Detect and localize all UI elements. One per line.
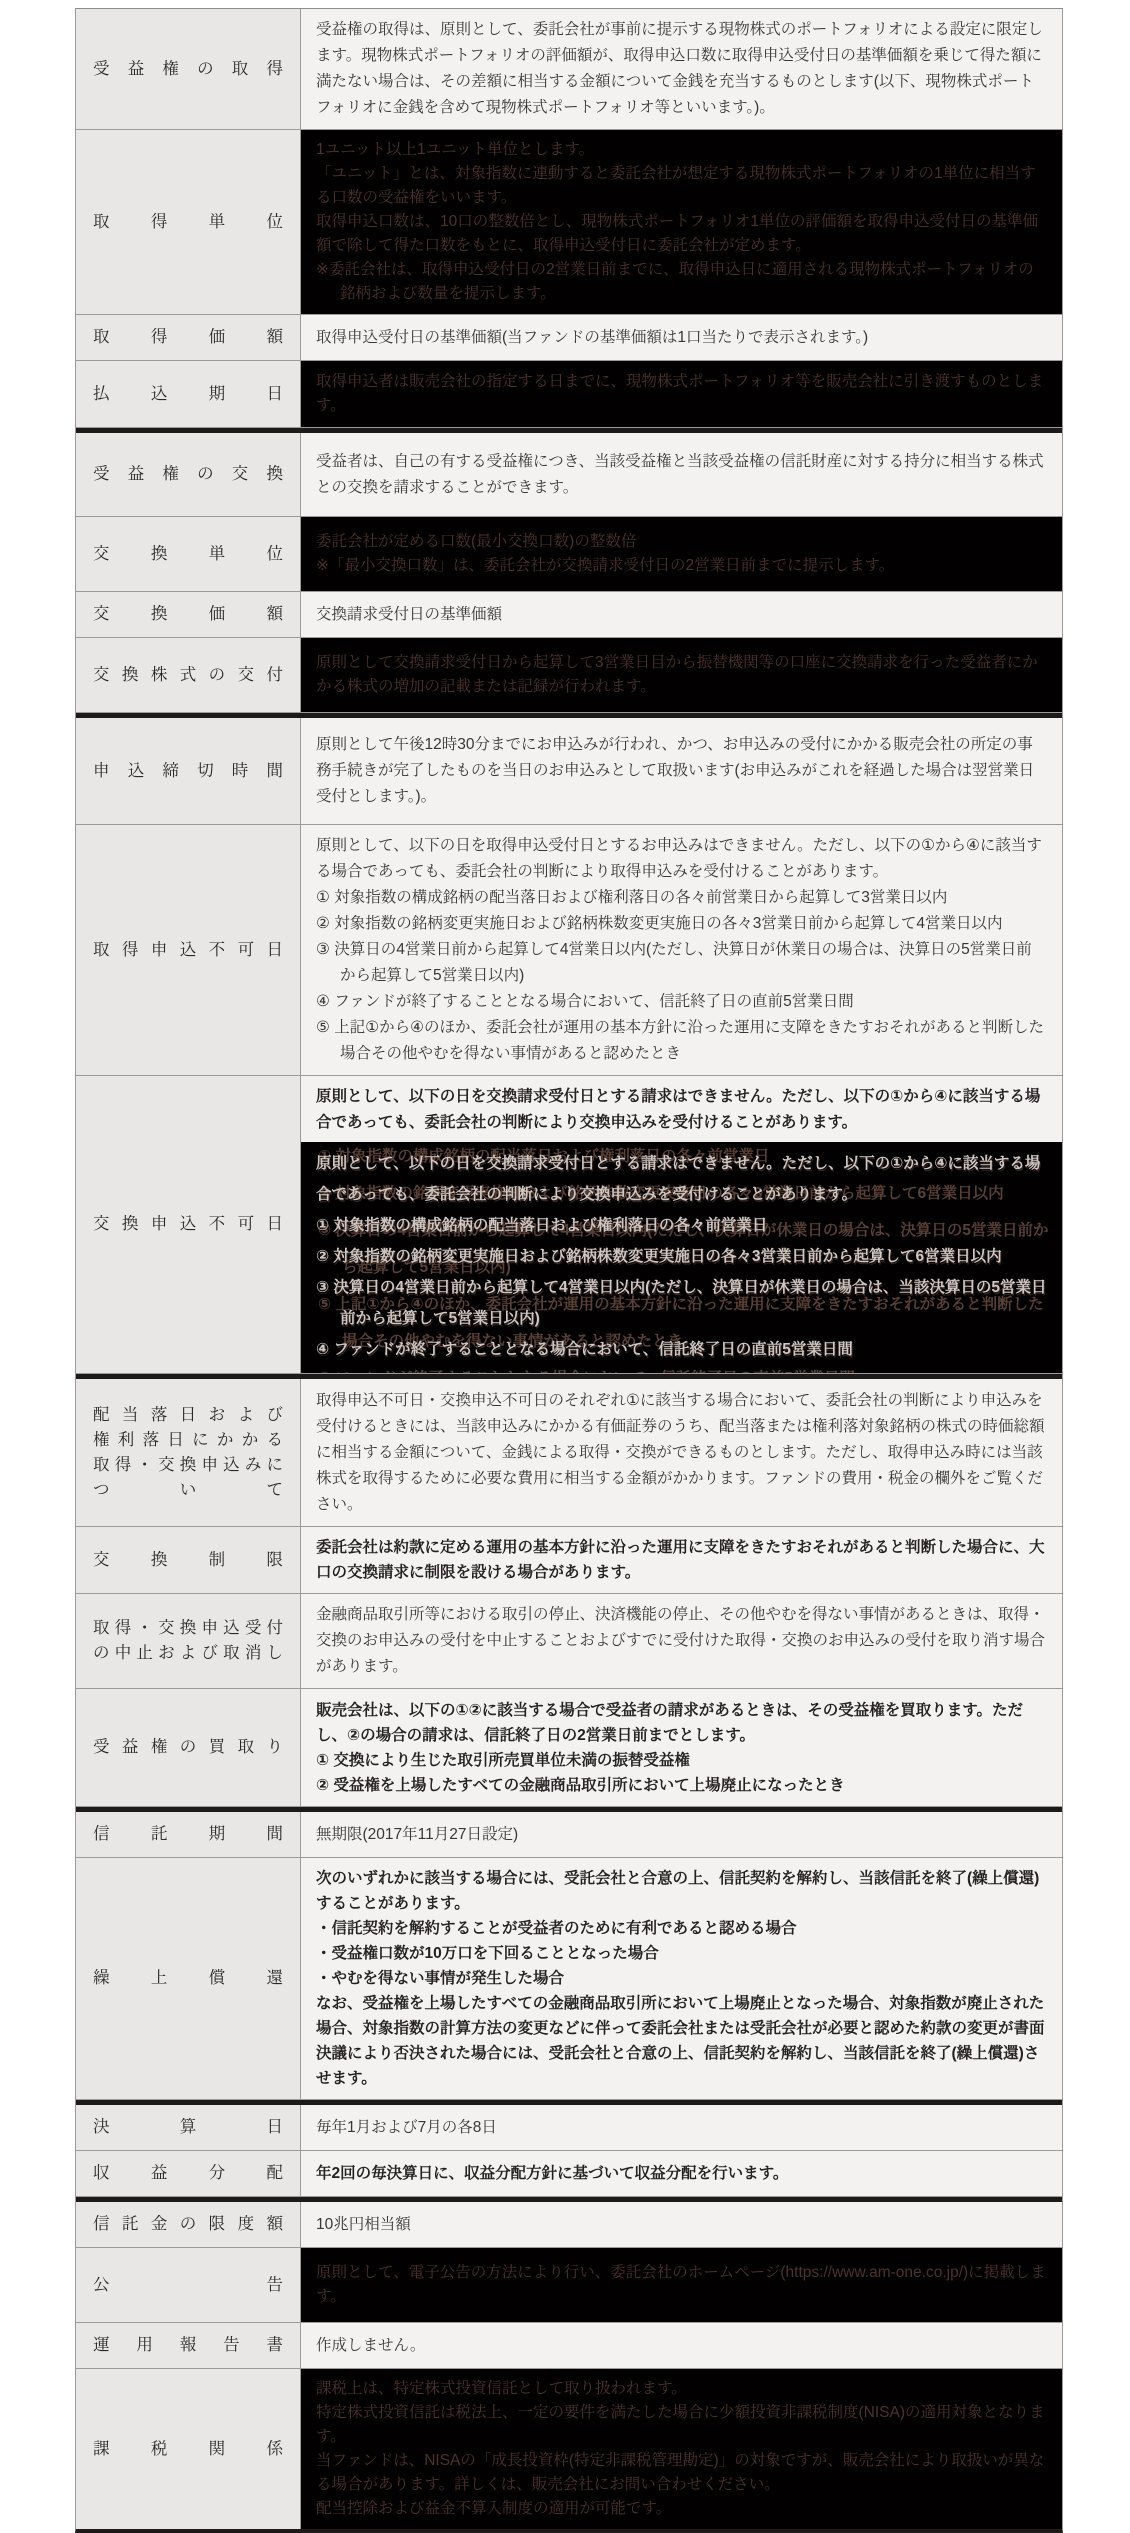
row-label: 取得・交換申込受付の中止および取消し	[76, 1594, 301, 1688]
content-paragraph: ・やむを得ない事情が発生した場合	[316, 1966, 1047, 1991]
main-paragraph: ④ ファンドが終了することとなる場合において、信託終了日の直前5営業日間	[316, 1334, 1047, 1365]
row-label-line: 権利落日にかかる	[93, 1428, 283, 1453]
table-row: 決算日毎年1月および7月の各8日	[76, 2105, 1062, 2151]
row-content: 取得申込不可日・交換申込不可日のそれぞれ①に該当する場合において、委託会社の判断…	[301, 1379, 1062, 1526]
main-paragraph: ① 対象指数の構成銘柄の配当落日および権利落日の各々前営業日	[316, 1210, 1047, 1241]
content-paragraph: ※委託会社は、取得申込受付日の2営業日前までに、取得申込日に適用される現物株式ポ…	[316, 258, 1047, 306]
table-row: 繰上償還次のいずれかに該当する場合には、受託会社と合意の上、信託契約を解約し、当…	[76, 1858, 1062, 2100]
row-label: 取得価額	[76, 315, 301, 360]
content-paragraph: 交換請求受付日の基準価額	[316, 602, 1047, 628]
row-label: 交換価額	[76, 592, 301, 637]
content-paragraph: 取得申込不可日・交換申込不可日のそれぞれ①に該当する場合において、委託会社の判断…	[316, 1388, 1047, 1518]
row-content: 取得申込者は販売会社の指定する日までに、現物株式ポートフォリオ等を販売会社に引き…	[301, 361, 1062, 427]
row-label: 払込期日	[76, 361, 301, 427]
content-paragraph: ① 対象指数の構成銘柄の配当落日および権利落日の各々前営業日から起算して3営業日…	[316, 885, 1047, 911]
glitch-black-block: ① 対象指数の構成銘柄の配当落日および権利落日の各々前営業日② 対象指数の銘柄変…	[301, 1142, 1062, 1373]
row-label: 受益権の取得	[76, 9, 301, 129]
row-label-line: 交換価額	[93, 602, 283, 627]
fund-terms-table: 受益権の取得受益権の取得は、原則として、委託会社が事前に提示する現物株式のポート…	[75, 8, 1063, 2533]
row-label: 交換株式の交付	[76, 638, 301, 712]
row-content: 課税上は、特定株式投資信託として取り扱われます。特定株式投資信託は税法上、一定の…	[301, 2369, 1062, 2529]
content-paragraph: 10兆円相当額	[316, 2212, 1047, 2238]
row-label: 決算日	[76, 2105, 301, 2150]
content-paragraph: なお、受益権を上場したすべての金融商品取引所において上場廃止となった場合、対象指…	[316, 1991, 1047, 2091]
table-row: 交換価額交換請求受付日の基準価額	[76, 592, 1062, 638]
table-row: 受益権の交換受益者は、自己の有する受益権につき、当該受益権と当該受益権の信託財産…	[76, 433, 1062, 517]
content-paragraph: 毎年1月および7月の各8日	[316, 2115, 1047, 2141]
table-row: 取得・交換申込受付の中止および取消し金融商品取引所等における取引の停止、決済機能…	[76, 1594, 1062, 1689]
row-content: 1ユニット以上1ユニット単位とします。「ユニット」とは、対象指数に連動すると委託…	[301, 130, 1062, 314]
row-label-line: ついて	[93, 1478, 283, 1503]
content-paragraph: 原則として交換請求受付日から起算して3営業日目から振替機関等の口座に交換請求を行…	[316, 651, 1047, 699]
row-label-line: 取得申込不可日	[93, 938, 283, 963]
main-paragraph: ② 対象指数の銘柄変更実施日および銘柄株数変更実施日の各々3営業日前から起算して…	[316, 1241, 1047, 1272]
row-label-line: 交換単位	[93, 542, 283, 567]
row-label: 課税関係	[76, 2369, 301, 2529]
content-paragraph: 販売会社は、以下の①②に該当する場合で受益者の請求があるときは、その受益権を買取…	[316, 1698, 1047, 1748]
row-content: 原則として、以下の日を取得申込受付日とするお申込みはできません。ただし、以下の①…	[301, 825, 1062, 1075]
content-paragraph: 当ファンドは、NISAの「成長投資枠(特定非課税管理勘定)」の対象ですが、販売会…	[316, 2449, 1047, 2497]
row-label-line: 信託金の限度額	[93, 2212, 283, 2237]
row-content: 販売会社は、以下の①②に該当する場合で受益者の請求があるときは、その受益権を買取…	[301, 1689, 1062, 1806]
content-paragraph: ② 受益権を上場したすべての金融商品取引所において上場廃止になったとき	[316, 1773, 1047, 1798]
row-content: 毎年1月および7月の各8日	[301, 2105, 1062, 2150]
row-label-line: 収益分配	[93, 2161, 283, 2186]
row-content: 原則として午後12時30分までにお申込みが行われ、かつ、お申込みの受付にかかる販…	[301, 718, 1062, 824]
row-label: 信託金の限度額	[76, 2202, 301, 2247]
row-label: 申込締切時間	[76, 718, 301, 824]
row-label-line: 受益権の買取り	[93, 1735, 283, 1760]
content-paragraph: ① 交換により生じた取引所売買単位未満の振替受益権	[316, 1748, 1047, 1773]
row-label: 運用報告書	[76, 2323, 301, 2368]
content-paragraph: 特定株式投資信託は税法上、一定の要件を満たした場合に少額投資非課税制度(NISA…	[316, 2401, 1047, 2449]
content-paragraph: ④ ファンドが終了することとなる場合において、信託終了日の直前5営業日間	[316, 989, 1047, 1015]
content-paragraph: 次のいずれかに該当する場合には、受託会社と合意の上、信託契約を解約し、当該信託を…	[316, 1866, 1047, 1916]
table-row: 取得申込不可日原則として、以下の日を取得申込受付日とするお申込みはできません。た…	[76, 825, 1062, 1076]
row-label-line: の中止および取消し	[93, 1641, 283, 1666]
row-content: 受益権の取得は、原則として、委託会社が事前に提示する現物株式のポートフォリオによ…	[301, 9, 1062, 129]
glitch-main-layer: 原則として、以下の日を交換請求受付日とする請求はできません。ただし、以下の①から…	[316, 1148, 1047, 1365]
table-row: 受益権の買取り販売会社は、以下の①②に該当する場合で受益者の請求があるときは、そ…	[76, 1689, 1062, 1807]
content-paragraph: ・信託契約を解約することが受益者のために有利であると認める場合	[316, 1916, 1047, 1941]
row-content: 次のいずれかに該当する場合には、受託会社と合意の上、信託契約を解約し、当該信託を…	[301, 1858, 1062, 2099]
content-paragraph: 原則として、電子公告の方法により行い、委託会社のホームページ(https://w…	[316, 2261, 1047, 2309]
table-row: 交換制限委託会社は約款に定める運用の基本方針に沿った運用に支障をきたすおそれがあ…	[76, 1527, 1062, 1594]
table-row: 交換株式の交付原則として交換請求受付日から起算して3営業日目から振替機関等の口座…	[76, 638, 1062, 713]
row-content: 取得申込受付日の基準価額(当ファンドの基準価額は1口当たりで表示されます。)	[301, 315, 1062, 360]
row-content: 受益者は、自己の有する受益権につき、当該受益権と当該受益権の信託財産に対する持分…	[301, 433, 1062, 516]
row-label-line: 受益権の取得	[93, 57, 283, 82]
content-paragraph: 取得申込者は販売会社の指定する日までに、現物株式ポートフォリオ等を販売会社に引き…	[316, 370, 1047, 418]
row-label: 交換制限	[76, 1527, 301, 1593]
content-paragraph: 「ユニット」とは、対象指数に連動すると委託会社が想定する現物株式ポートフォリオの…	[316, 162, 1047, 210]
row-content: 委託会社が定める口数(最小交換口数)の整数倍※「最小交換口数」は、委託会社が交換…	[301, 517, 1062, 591]
row-content: 作成しません。	[301, 2323, 1062, 2368]
content-paragraph: 課税上は、特定株式投資信託として取り扱われます。	[316, 2377, 1047, 2401]
table-row: 収益分配年2回の毎決算日に、収益分配方針に基づいて収益分配を行います。	[76, 2151, 1062, 2197]
content-paragraph: 原則として、以下の日を取得申込受付日とするお申込みはできません。ただし、以下の①…	[316, 833, 1047, 885]
row-label-line: 取得価額	[93, 325, 283, 350]
row-label-line: 課税関係	[93, 2437, 283, 2462]
row-label: 信託期間	[76, 1812, 301, 1857]
table-row: 信託期間無期限(2017年11月27日設定)	[76, 1812, 1062, 1858]
content-paragraph: 1ユニット以上1ユニット単位とします。	[316, 138, 1047, 162]
content-paragraph: 作成しません。	[316, 2333, 1047, 2359]
row-label: 取得単位	[76, 130, 301, 314]
row-label-line: 交換制限	[93, 1548, 283, 1573]
row-label: 繰上償還	[76, 1858, 301, 2099]
content-paragraph: ※「最小交換口数」は、委託会社が交換請求受付日の2営業日前までに提示します。	[316, 554, 1047, 578]
row-label-line: 繰上償還	[93, 1966, 283, 1991]
main-paragraph: ③ 決算日の4営業日前から起算して4営業日以内(ただし、決算日が休業日の場合は、…	[316, 1272, 1047, 1334]
row-label-line: 公告	[93, 2273, 283, 2298]
main-paragraph: 原則として、以下の日を交換請求受付日とする請求はできません。ただし、以下の①から…	[316, 1148, 1047, 1210]
document-page: 受益権の取得受益権の取得は、原則として、委託会社が事前に提示する現物株式のポート…	[0, 0, 1130, 2358]
row-content: 原則として、電子公告の方法により行い、委託会社のホームページ(https://w…	[301, 2248, 1062, 2322]
content-paragraph: ② 対象指数の銘柄変更実施日および銘柄株数変更実施日の各々3営業日前から起算して…	[316, 911, 1047, 937]
row-label: 受益権の買取り	[76, 1689, 301, 1806]
table-row: 運用報告書作成しません。	[76, 2323, 1062, 2369]
row-content: 無期限(2017年11月27日設定)	[301, 1812, 1062, 1857]
content-paragraph: 取得申込受付日の基準価額(当ファンドの基準価額は1口当たりで表示されます。)	[316, 325, 1047, 351]
row-label: 受益権の交換	[76, 433, 301, 516]
row-content: 10兆円相当額	[301, 2202, 1062, 2247]
content-paragraph: ⑤ 上記①から④のほか、委託会社が運用の基本方針に沿った運用に支障をきたすおそれ…	[316, 1015, 1047, 1067]
row-label-line: 取得・交換申込受付	[93, 1616, 283, 1641]
table-row: 申込締切時間原則として午後12時30分までにお申込みが行われ、かつ、お申込みの受…	[76, 718, 1062, 825]
row-label-line: 取得単位	[93, 210, 283, 235]
row-label-line: 交換株式の交付	[93, 663, 283, 688]
content-paragraph: 受益者は、自己の有する受益権につき、当該受益権と当該受益権の信託財産に対する持分…	[316, 449, 1047, 501]
row-label: 交換申込不可日	[76, 1076, 301, 1373]
content-paragraph: ③ 決算日の4営業日前から起算して4営業日以内(ただし、決算日が休業日の場合は、…	[316, 937, 1047, 989]
table-row: 受益権の取得受益権の取得は、原則として、委託会社が事前に提示する現物株式のポート…	[76, 9, 1062, 130]
content-paragraph: 取得申込口数は、10口の整数倍とし、現物株式ポートフォリオ1単位の評価額を取得申…	[316, 210, 1047, 258]
content-paragraph: 無期限(2017年11月27日設定)	[316, 1822, 1047, 1848]
glitch-intro-text: 原則として、以下の日を交換請求受付日とする請求はできません。ただし、以下の①から…	[301, 1076, 1062, 1142]
row-label-line: 申込締切時間	[93, 759, 283, 784]
content-paragraph: 委託会社は約款に定める運用の基本方針に沿った運用に支障をきたすおそれがあると判断…	[316, 1535, 1047, 1585]
row-label-line: 配当落日および	[93, 1403, 283, 1428]
row-label-line: 運用報告書	[93, 2333, 283, 2358]
row-label-line: 決算日	[93, 2115, 283, 2140]
content-paragraph: 原則として午後12時30分までにお申込みが行われ、かつ、お申込みの受付にかかる販…	[316, 732, 1047, 810]
row-content: 原則として、以下の日を交換請求受付日とする請求はできません。ただし、以下の①から…	[301, 1076, 1062, 1373]
row-label-line: 取得・交換申込みに	[93, 1453, 283, 1478]
content-paragraph: 受益権の取得は、原則として、委託会社が事前に提示する現物株式のポートフォリオによ…	[316, 17, 1047, 121]
content-paragraph: ・受益権口数が10万口を下回ることとなった場合	[316, 1941, 1047, 1966]
table-row: 課税関係課税上は、特定株式投資信託として取り扱われます。特定株式投資信託は税法上…	[76, 2369, 1062, 2529]
row-label: 収益分配	[76, 2151, 301, 2196]
content-paragraph: 年2回の毎決算日に、収益分配方針に基づいて収益分配を行います。	[316, 2161, 1047, 2186]
content-paragraph: 配当控除および益金不算入制度の適用が可能です。	[316, 2497, 1047, 2521]
row-label: 交換単位	[76, 517, 301, 591]
row-label-line: 信託期間	[93, 1822, 283, 1847]
row-label: 配当落日および権利落日にかかる取得・交換申込みについて	[76, 1379, 301, 1526]
row-content: 金融商品取引所等における取引の停止、決済機能の停止、その他やむを得ない事情がある…	[301, 1594, 1062, 1688]
table-row: 交換申込不可日原則として、以下の日を交換請求受付日とする請求はできません。ただし…	[76, 1076, 1062, 1374]
table-row: 信託金の限度額10兆円相当額	[76, 2202, 1062, 2248]
table-row: 配当落日および権利落日にかかる取得・交換申込みについて取得申込不可日・交換申込不…	[76, 1379, 1062, 1527]
row-content: 委託会社は約款に定める運用の基本方針に沿った運用に支障をきたすおそれがあると判断…	[301, 1527, 1062, 1593]
row-label: 公告	[76, 2248, 301, 2322]
content-paragraph: 金融商品取引所等における取引の停止、決済機能の停止、その他やむを得ない事情がある…	[316, 1602, 1047, 1680]
row-content: 交換請求受付日の基準価額	[301, 592, 1062, 637]
row-content: 原則として交換請求受付日から起算して3営業日目から振替機関等の口座に交換請求を行…	[301, 638, 1062, 712]
row-label-line: 払込期日	[93, 382, 283, 407]
table-row: 公告原則として、電子公告の方法により行い、委託会社のホームページ(https:/…	[76, 2248, 1062, 2323]
table-row: 払込期日取得申込者は販売会社の指定する日までに、現物株式ポートフォリオ等を販売会…	[76, 361, 1062, 428]
row-label: 取得申込不可日	[76, 825, 301, 1075]
content-paragraph: 委託会社が定める口数(最小交換口数)の整数倍	[316, 530, 1047, 554]
table-row: 取得単位1ユニット以上1ユニット単位とします。「ユニット」とは、対象指数に連動す…	[76, 130, 1062, 315]
table-row: 交換単位委託会社が定める口数(最小交換口数)の整数倍※「最小交換口数」は、委託会…	[76, 517, 1062, 592]
row-label-line: 交換申込不可日	[93, 1212, 283, 1237]
row-label-line: 受益権の交換	[93, 462, 283, 487]
row-content: 年2回の毎決算日に、収益分配方針に基づいて収益分配を行います。	[301, 2151, 1062, 2196]
table-row: 取得価額取得申込受付日の基準価額(当ファンドの基準価額は1口当たりで表示されます…	[76, 315, 1062, 361]
